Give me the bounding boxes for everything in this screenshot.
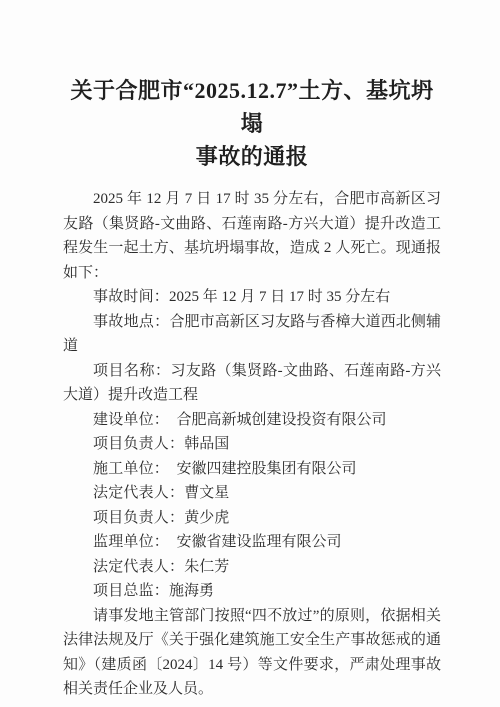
- field-value: 黄少虎: [184, 510, 229, 526]
- field-value: 曹文星: [184, 485, 229, 501]
- field-value: 安徽四建控股集团有限公司: [162, 461, 357, 477]
- document-body: 2025 年 12 月 7 日 17 时 35 分左右，合肥市高新区习友路（集贤…: [63, 187, 441, 702]
- field-label: 项目负责人：: [93, 436, 184, 452]
- field-row-supervision-legal-rep: 法定代表人：朱仁芳: [63, 555, 441, 580]
- field-row-accident-location: 事故地点：合肥市高新区习友路与香樟大道西北侧辅道: [63, 310, 441, 359]
- field-value: 2025 年 12 月 7 日 17 时 35 分左右: [169, 289, 390, 305]
- field-row-chief-supervisor: 项目总监：施海勇: [63, 579, 441, 604]
- field-label: 项目总监：: [93, 583, 169, 599]
- document-title: 关于合肥市“2025.12.7”土方、基坑坍塌 事故的通报: [63, 74, 441, 173]
- field-row-project-name: 项目名称：习友路（集贤路-文曲路、石莲南路-方兴大道）提升改造工程: [63, 359, 441, 408]
- field-label: 项目名称：: [93, 363, 171, 379]
- field-label: 法定代表人：: [93, 559, 184, 575]
- notice-document: 关于合肥市“2025.12.7”土方、基坑坍塌 事故的通报 2025 年 12 …: [0, 0, 500, 707]
- closing-paragraph: 请事发地主管部门按照“四不放过”的原则，依据相关法律法规及厅《关于强化建筑施工安…: [63, 604, 441, 702]
- field-label: 施工单位：: [93, 461, 162, 477]
- field-label: 事故时间：: [93, 289, 169, 305]
- document-page: { "doc": { "title_line1": "关于合肥市“2025.12…: [0, 0, 500, 707]
- field-row-supervision-unit: 监理单位： 安徽省建设监理有限公司: [63, 530, 441, 555]
- field-row-owner-project-manager: 项目负责人：韩品国: [63, 432, 441, 457]
- title-line-2: 事故的通报: [63, 140, 441, 173]
- intro-paragraph: 2025 年 12 月 7 日 17 时 35 分左右，合肥市高新区习友路（集贤…: [63, 187, 441, 285]
- field-row-accident-time: 事故时间：2025 年 12 月 7 日 17 时 35 分左右: [63, 285, 441, 310]
- field-label: 项目负责人：: [93, 510, 184, 526]
- field-label: 事故地点：: [93, 314, 169, 330]
- field-row-contractor-legal-rep: 法定代表人：曹文星: [63, 481, 441, 506]
- field-value: 安徽省建设监理有限公司: [162, 534, 342, 550]
- field-row-construction-owner: 建设单位： 合肥高新城创建设投资有限公司: [63, 408, 441, 433]
- field-value: 施海勇: [169, 583, 214, 599]
- field-row-contractor-project-manager: 项目负责人：黄少虎: [63, 506, 441, 531]
- field-label: 建设单位：: [93, 412, 162, 428]
- field-row-contractor: 施工单位： 安徽四建控股集团有限公司: [63, 457, 441, 482]
- field-value: 朱仁芳: [184, 559, 229, 575]
- field-label: 监理单位：: [93, 534, 162, 550]
- field-label: 法定代表人：: [93, 485, 184, 501]
- field-value: 合肥高新城创建设投资有限公司: [162, 412, 387, 428]
- field-value: 韩品国: [184, 436, 229, 452]
- title-line-1: 关于合肥市“2025.12.7”土方、基坑坍塌: [63, 74, 441, 140]
